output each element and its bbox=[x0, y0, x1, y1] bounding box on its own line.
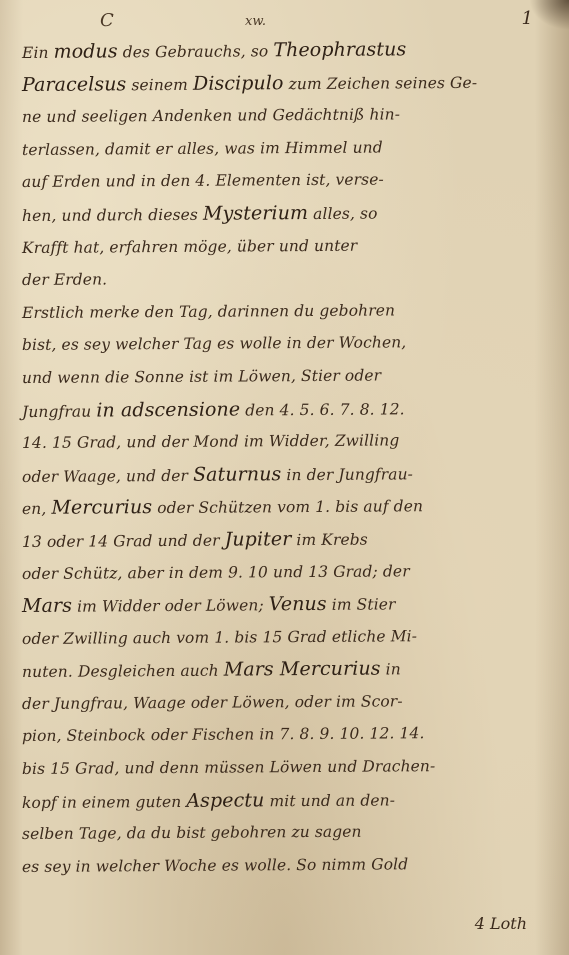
text-line: Ein modus des Gebrauchs, so Theophrastus bbox=[22, 32, 551, 68]
text-line: Jungfrau in adscensione den 4. 5. 6. 7. … bbox=[22, 391, 551, 427]
text-segment: oder Waage, und der bbox=[22, 467, 193, 486]
text-segment: pion, Steinbock oder Fischen in 7. 8. 9.… bbox=[22, 725, 425, 746]
text-segment: 14. 15 Grad, und der Mond im Widder, Zwi… bbox=[22, 431, 399, 452]
manuscript-page: C xw. 1 Ein modus des Gebrauchs, so Theo… bbox=[0, 0, 569, 955]
text-line: oder Waage, und der Saturnus in der Jung… bbox=[22, 456, 551, 492]
text-line: bis 15 Grad, und denn müssen Löwen und D… bbox=[22, 749, 551, 785]
text-segment: kopf in einem guten bbox=[22, 793, 186, 812]
latin-word: Mysterium bbox=[203, 202, 308, 225]
text-segment: alles, so bbox=[308, 204, 377, 222]
text-segment: der Erden. bbox=[22, 271, 107, 290]
text-line: der Erden. bbox=[22, 260, 551, 296]
text-segment: oder Schütz, aber in dem 9. 10 und 13 Gr… bbox=[22, 562, 410, 583]
text-segment: en, bbox=[22, 500, 52, 518]
text-line: 13 oder 14 Grad und der Jupiter im Krebs bbox=[22, 521, 551, 557]
text-segment: Ein bbox=[22, 44, 54, 62]
text-line: Paracelsus seinem Discipulo zum Zeichen … bbox=[22, 65, 551, 101]
text-segment: Krafft hat, erfahren möge, über und unte… bbox=[22, 236, 357, 256]
text-line: 14. 15 Grad, und der Mond im Widder, Zwi… bbox=[22, 423, 551, 459]
text-segment: hen, und durch dieses bbox=[22, 206, 203, 225]
text-line: ne und seeligen Andenken und Gedächtniß … bbox=[22, 97, 551, 133]
text-line: oder Schütz, aber in dem 9. 10 und 13 Gr… bbox=[22, 554, 551, 590]
text-line: es sey in welcher Woche es wolle. So nim… bbox=[22, 847, 551, 883]
text-segment: im Stier bbox=[327, 595, 396, 613]
text-segment: Erstlich merke den Tag, darinnen du gebo… bbox=[22, 301, 395, 322]
text-segment: terlassen, damit er alles, was im Himmel… bbox=[22, 138, 383, 159]
latin-word: Mars Mercurius bbox=[224, 658, 381, 681]
text-line: Krafft hat, erfahren möge, über und unte… bbox=[22, 228, 551, 264]
latin-word: Venus bbox=[269, 593, 327, 615]
text-segment: des Gebrauchs, so bbox=[118, 42, 274, 61]
latin-word: modus bbox=[54, 40, 118, 62]
text-line: pion, Steinbock oder Fischen in 7. 8. 9.… bbox=[22, 717, 551, 753]
text-segment: 13 oder 14 Grad und der bbox=[22, 531, 225, 550]
latin-word: in adscensione bbox=[96, 398, 240, 421]
text-line: selben Tage, da du bist gebohren zu sage… bbox=[22, 815, 551, 851]
text-segment: in bbox=[381, 661, 401, 679]
text-line: der Jungfrau, Waage oder Löwen, oder im … bbox=[22, 684, 551, 720]
marginal-note-xw: xw. bbox=[245, 14, 266, 29]
text-segment: und wenn die Sonne ist im Löwen, Stier o… bbox=[22, 366, 381, 387]
text-line: terlassen, damit er alles, was im Himmel… bbox=[22, 130, 551, 166]
text-segment: in der Jungfrau- bbox=[281, 465, 413, 484]
text-line: nuten. Desgleichen auch Mars Mercurius i… bbox=[22, 652, 551, 688]
text-segment: oder Schützen vom 1. bis auf den bbox=[152, 498, 423, 518]
folio-number: 1 bbox=[522, 8, 533, 29]
text-line: en, Mercurius oder Schützen vom 1. bis a… bbox=[22, 489, 551, 525]
text-line: Erstlich merke den Tag, darinnen du gebo… bbox=[22, 293, 551, 329]
text-segment: selben Tage, da du bist gebohren zu sage… bbox=[22, 823, 362, 843]
text-segment: oder Zwilling auch vom 1. bis 15 Grad et… bbox=[22, 627, 417, 648]
latin-word: Jupiter bbox=[225, 528, 292, 550]
text-line: auf Erden und in den 4. Elementen ist, v… bbox=[22, 163, 551, 199]
text-segment: seinem bbox=[126, 75, 193, 93]
catchword: 4 Loth bbox=[475, 914, 527, 933]
latin-word: Theophrastus bbox=[273, 38, 406, 61]
text-segment: bis 15 Grad, und denn müssen Löwen und D… bbox=[22, 757, 435, 778]
text-segment: mit und an den- bbox=[264, 791, 395, 810]
text-line: Mars im Widder oder Löwen; Venus im Stie… bbox=[22, 586, 551, 622]
text-line: kopf in einem guten Aspectu mit und an d… bbox=[22, 782, 551, 818]
text-segment: im Widder oder Löwen; bbox=[72, 596, 269, 615]
text-line: bist, es sey welcher Tag es wolle in der… bbox=[22, 326, 551, 362]
text-segment: der Jungfrau, Waage oder Löwen, oder im … bbox=[22, 692, 403, 713]
latin-word: Mercurius bbox=[51, 496, 152, 519]
text-line: und wenn die Sonne ist im Löwen, Stier o… bbox=[22, 358, 551, 394]
text-line: oder Zwilling auch vom 1. bis 15 Grad et… bbox=[22, 619, 551, 655]
latin-word: Mars bbox=[22, 595, 72, 617]
text-segment: bist, es sey welcher Tag es wolle in der… bbox=[22, 334, 406, 355]
latin-word: Discipulo bbox=[193, 72, 284, 95]
text-segment: zum Zeichen seines Ge- bbox=[283, 73, 477, 92]
marginal-note-c: C bbox=[100, 10, 114, 31]
text-segment: Jungfrau bbox=[22, 402, 96, 421]
text-segment: im Krebs bbox=[291, 530, 368, 549]
latin-word: Aspectu bbox=[186, 789, 264, 812]
manuscript-text: Ein modus des Gebrauchs, so Theophrastus… bbox=[22, 36, 551, 883]
text-segment: nuten. Desgleichen auch bbox=[22, 662, 224, 681]
text-segment: auf Erden und in den 4. Elementen ist, v… bbox=[22, 171, 384, 192]
latin-word: Paracelsus bbox=[22, 73, 127, 96]
text-segment: es sey in welcher Woche es wolle. So nim… bbox=[22, 855, 408, 876]
text-segment: ne und seeligen Andenken und Gedächtniß … bbox=[22, 106, 400, 127]
page-corner-shadow bbox=[529, 0, 569, 30]
text-line: hen, und durch dieses Mysterium alles, s… bbox=[22, 195, 551, 231]
text-segment: den 4. 5. 6. 7. 8. 12. bbox=[240, 400, 405, 419]
latin-word: Saturnus bbox=[193, 463, 281, 486]
